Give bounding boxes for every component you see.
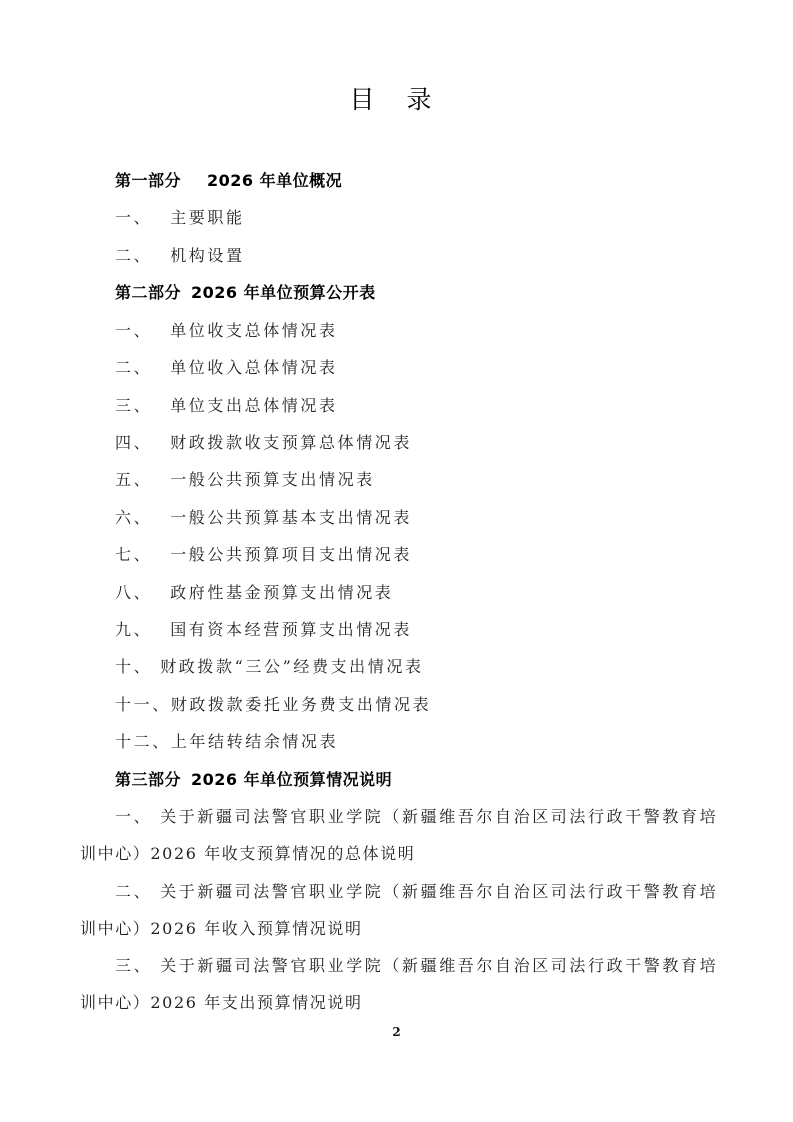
part-title: 2026 年单位预算情况说明	[191, 770, 392, 789]
part-title: 2026 年单位概况	[207, 171, 342, 190]
part-label: 第二部分	[115, 283, 181, 302]
part-label: 第一部分	[115, 171, 181, 190]
page-number: 2	[0, 1025, 793, 1039]
toc-item[interactable]: 一、单位收支总体情况表	[115, 318, 338, 341]
toc-item[interactable]: 十一、财政拨款委托业务费支出情况表	[115, 692, 431, 715]
toc-item[interactable]: 十、财政拨款“三公”经费支出情况表	[115, 654, 424, 677]
toc-item-continued[interactable]: 训中心）2026 年收入预算情况说明	[80, 916, 363, 939]
toc-part-3[interactable]: 第三部分2026 年单位预算情况说明	[115, 767, 392, 790]
toc-item[interactable]: 八、政府性基金预算支出情况表	[115, 580, 393, 603]
toc-item[interactable]: 十二、上年结转结余情况表	[115, 729, 338, 752]
toc-item[interactable]: 二、关于新疆司法警官职业学院（新疆维吾尔自治区司法行政干警教育培	[115, 879, 718, 902]
toc-item[interactable]: 六、一般公共预算基本支出情况表	[115, 505, 412, 528]
toc-item[interactable]: 二、机构设置	[115, 243, 245, 266]
toc-item[interactable]: 三、关于新疆司法警官职业学院（新疆维吾尔自治区司法行政干警教育培	[115, 953, 718, 976]
toc-item[interactable]: 七、一般公共预算项目支出情况表	[115, 542, 412, 565]
toc-item[interactable]: 一、主要职能	[115, 205, 245, 228]
toc-item[interactable]: 一、关于新疆司法警官职业学院（新疆维吾尔自治区司法行政干警教育培	[115, 804, 718, 827]
part-title: 2026 年单位预算公开表	[191, 283, 376, 302]
toc-part-1[interactable]: 第一部分2026 年单位概况	[115, 168, 342, 191]
toc-part-2[interactable]: 第二部分2026 年单位预算公开表	[115, 280, 376, 303]
toc-item-continued[interactable]: 训中心）2026 年收支预算情况的总体说明	[80, 841, 415, 864]
toc-item[interactable]: 二、单位收入总体情况表	[115, 355, 338, 378]
toc-item-continued[interactable]: 训中心）2026 年支出预算情况说明	[80, 990, 363, 1013]
part-label: 第三部分	[115, 770, 181, 789]
page-title: 目 录	[0, 80, 793, 116]
toc-item[interactable]: 九、国有资本经营预算支出情况表	[115, 617, 412, 640]
toc-item[interactable]: 三、单位支出总体情况表	[115, 393, 338, 416]
toc-item[interactable]: 五、一般公共预算支出情况表	[115, 467, 375, 490]
toc-item[interactable]: 四、财政拨款收支预算总体情况表	[115, 430, 412, 453]
